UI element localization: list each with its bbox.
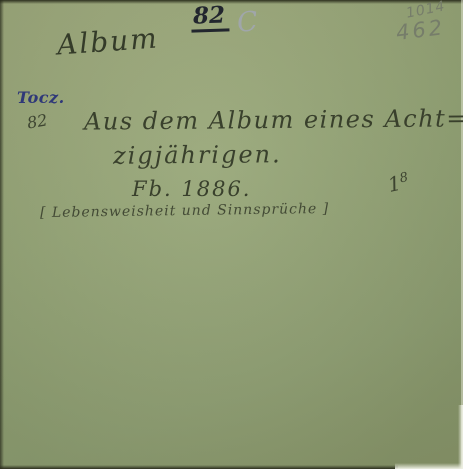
- format-superscript: 8: [398, 170, 409, 186]
- scan-edge-left: [0, 0, 4, 469]
- scan-corner-bottom-right: [395, 463, 463, 469]
- scan-corner-right-bottom: [458, 405, 463, 469]
- catalog-card: 82 C 1014 462 Album Tocz. 82 Aus dem Alb…: [0, 0, 463, 469]
- entry-annotation: [ Lebensweisheit und Sinnsprüche ]: [40, 201, 329, 221]
- category-word-album: Album: [56, 21, 160, 61]
- pencil-number-bottom: 462: [395, 15, 447, 45]
- catalog-number: 82: [190, 1, 229, 32]
- entry-format-mark: 18: [386, 169, 412, 197]
- scan-edge-bottom: [0, 465, 398, 469]
- entry-title-line1: Aus dem Album eines Acht=: [84, 104, 463, 135]
- collection-stamp-tocz: Tocz.: [17, 88, 65, 107]
- entry-item-number: 82: [26, 110, 49, 132]
- entry-date: Fb. 1886.: [132, 177, 251, 201]
- entry-title-line2: zigjährigen.: [113, 140, 282, 169]
- stamp-letter-c: C: [235, 6, 259, 39]
- scan-edge-top: [0, 0, 463, 4]
